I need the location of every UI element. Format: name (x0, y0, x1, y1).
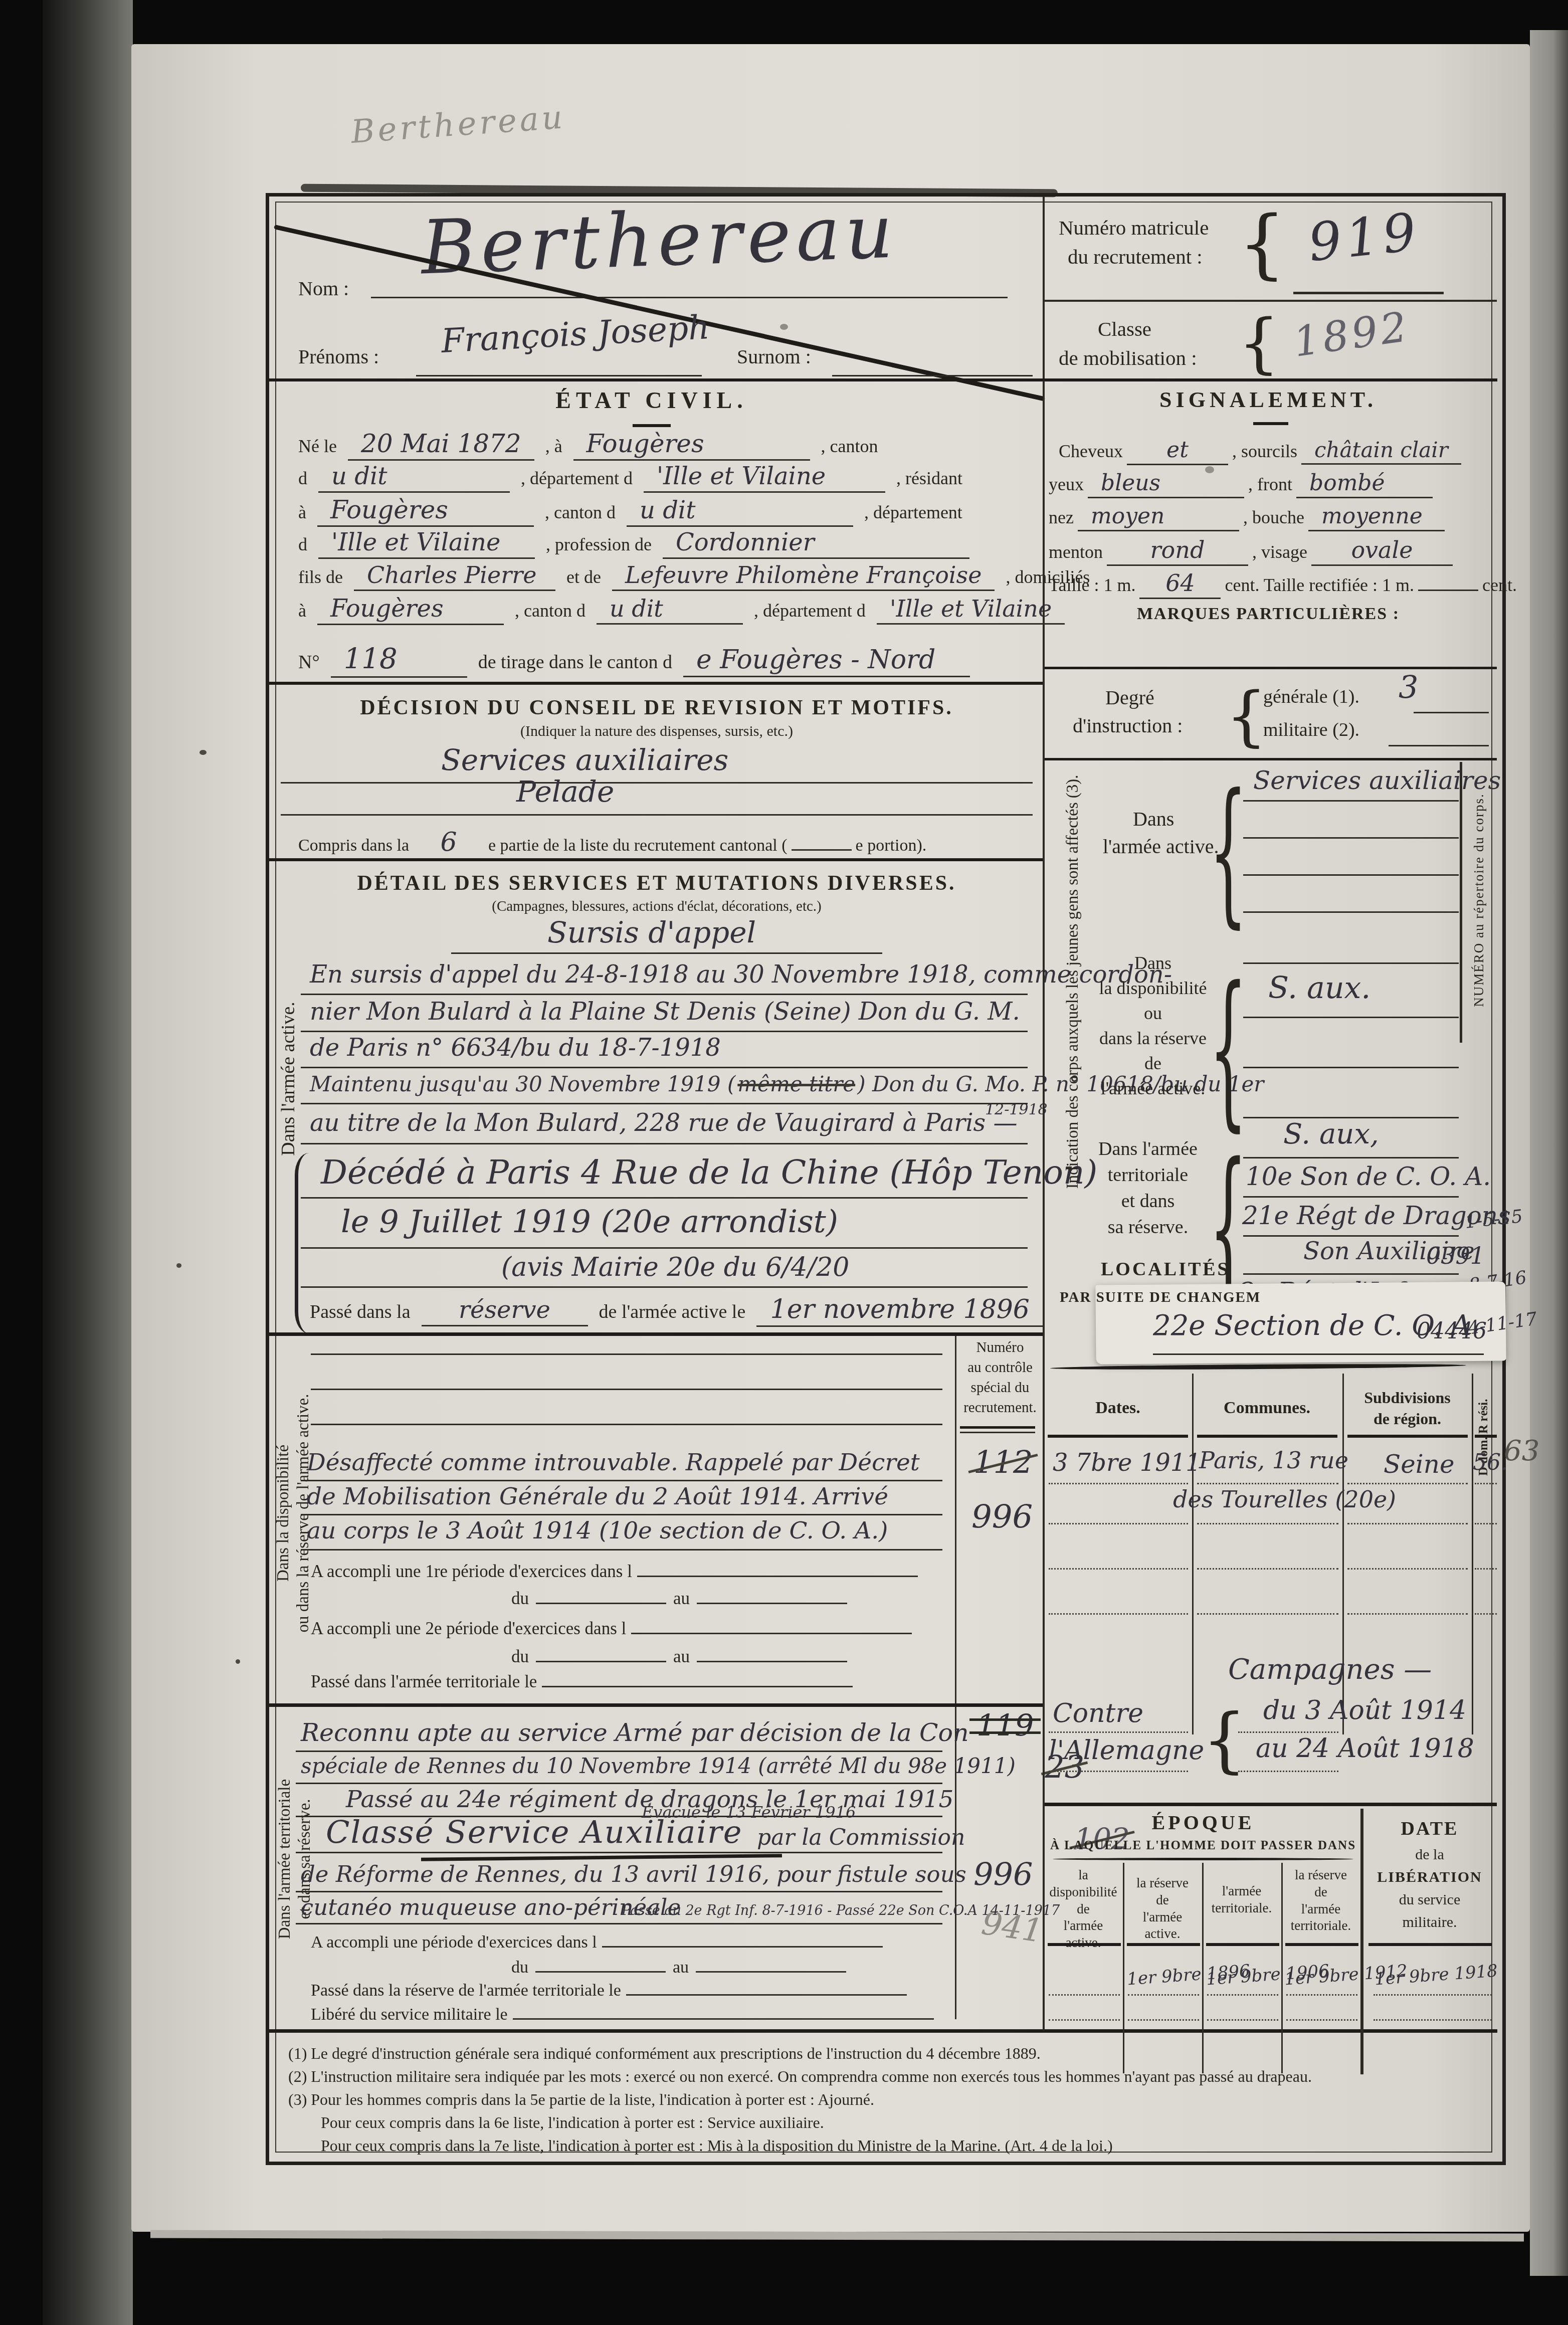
ec-line-2: d u dit , département d 'Ille et Vilaine… (298, 462, 962, 493)
ep-row-rule (1374, 1994, 1492, 1996)
du-label: du (511, 1958, 528, 1977)
etat-civil-dash (633, 424, 671, 427)
empty-rule (311, 1353, 942, 1355)
loc-row-rule (1475, 1523, 1497, 1524)
au-label: au (673, 1589, 690, 1609)
corps-dispo-value: S. aux. (1268, 971, 1370, 1006)
loc-row-rule (1197, 1483, 1338, 1484)
terr-p1: Reconnu apte au service Armé par décisio… (301, 1718, 969, 1747)
libere-line: Libéré du service militaire le (311, 2001, 934, 2024)
p-rule (301, 1247, 1028, 1249)
compris-value: 6 (413, 827, 484, 860)
visage-value: ovale (1311, 536, 1453, 566)
terr-periode-dates: du au (511, 1954, 846, 1977)
ep-hdr-rule (1048, 1943, 1121, 1946)
ep-col1-line: disponibilité (1050, 1884, 1117, 1899)
bouche-value: moyenne (1308, 503, 1445, 531)
ec-print: d (298, 534, 307, 555)
date-blank (536, 1585, 666, 1604)
sourcils-value: châtain clair (1301, 438, 1461, 465)
terr-p4: Classé Service Auxiliaire (326, 1814, 742, 1850)
loc-commune-value-1: Paris, 13 rue (1199, 1447, 1348, 1474)
ep-col4-line: la réserve (1295, 1867, 1347, 1882)
ec-print: , canton d (515, 600, 585, 621)
sig-row-cheveux: Cheveux et , sourcils châtain clair (1059, 437, 1461, 465)
ep-date-line: de la (1415, 1846, 1444, 1863)
ec-line-4: d 'Ille et Vilaine , profession de Cordo… (298, 528, 969, 559)
ink-speck (236, 1659, 240, 1664)
ep-hdr-rule (1206, 1943, 1279, 1946)
ep-col2-line: la réserve (1136, 1875, 1189, 1890)
margin-num-119: 119 (976, 1708, 1034, 1743)
corps-dispo-label-1: Dans (1078, 952, 1228, 974)
terr-p6-note: Passé au 2e Rgt Inf. 8-7-1916 - Passé 22… (622, 1903, 1060, 1918)
ep-col3-line: l'armée (1222, 1883, 1261, 1898)
du-label: du (511, 1647, 529, 1667)
bottom-section-rule (269, 2029, 1497, 2033)
classe-label2: de mobilisation : (1059, 346, 1197, 370)
du-label: du (511, 1589, 529, 1609)
passe-print: de l'armée active le (599, 1301, 746, 1323)
terr-periode-line: A accompli une période d'exercices dans … (311, 1929, 883, 1952)
margin-label-disponibilite: Dans la disponibilité (274, 1338, 293, 1689)
libere-label: Libéré du service militaire le (311, 2005, 508, 2024)
loc-hdr-rule (1347, 1435, 1468, 1438)
section-rule (269, 1332, 1043, 1336)
p-rule (301, 994, 1028, 995)
ink-speck (200, 750, 207, 755)
corps-rule (1243, 1157, 1459, 1158)
ep-row-rule (1286, 1994, 1357, 1996)
loc-row-rule (1347, 1568, 1468, 1570)
ep-row-rule (1374, 2019, 1492, 2021)
ep-row-rule (1128, 2019, 1199, 2021)
corps-rule (1243, 911, 1459, 913)
ep-col3-line: territoriale. (1212, 1900, 1272, 1915)
p-rule (301, 1143, 1028, 1144)
corps-rule (1243, 837, 1459, 839)
ec-print: , canton (821, 436, 878, 457)
loc-header-dates: Dates. (1048, 1399, 1188, 1418)
taille-rectifiee-label: cent. Taille rectifiée : 1 m. (1225, 574, 1414, 596)
loc-row-rule (1197, 1523, 1338, 1524)
corps-terr-label-1: Dans l'armée (1068, 1138, 1228, 1160)
ec-value: u dit (318, 462, 510, 493)
ep-hdr-rule (1127, 1943, 1200, 1946)
corps-rule (1243, 1067, 1459, 1068)
sursis-heading: Sursis d'appel (451, 915, 852, 949)
corps-active-label-1: Dans (1133, 807, 1174, 831)
loc-row-rule (1049, 1613, 1188, 1615)
date-blank (697, 1643, 847, 1662)
loc-col-line (1192, 1374, 1194, 1734)
loc-row-rule (1197, 1613, 1338, 1615)
camp-rule (1049, 1731, 1188, 1733)
periode2-label: A accompli une 2e période d'exercices da… (311, 1619, 626, 1639)
passe-territoriale-line: Passé dans l'armée territoriale le (311, 1668, 853, 1692)
ep-col1-line: la (1078, 1867, 1088, 1882)
passe-print: Passé dans la (310, 1301, 411, 1323)
ec-print: à (298, 600, 306, 621)
cheveux-value: et (1127, 437, 1228, 465)
ec-print: de tirage dans le canton d (478, 651, 672, 673)
terr-periode-blank (602, 1929, 883, 1948)
ep-row-rule (1128, 1994, 1199, 1996)
ep-date-line: LIBÉRATION (1377, 1869, 1482, 1885)
loc-hdr-rule (1475, 1435, 1497, 1438)
degre-label-1: Degré (1105, 686, 1154, 709)
services-p4-struck: même titre (737, 1072, 855, 1096)
ep-row-rule (1286, 2019, 1357, 2021)
corps-rule (1153, 1353, 1484, 1355)
ep-hdr-rule (1368, 1943, 1492, 1946)
sig-row-menton: menton rond , visage ovale (1049, 536, 1453, 566)
corps-active-value: Services auxiliaires (1253, 766, 1501, 795)
section-rule (269, 1703, 1043, 1707)
corps-dispo-label-3: ou (1078, 1003, 1228, 1024)
date-blank (697, 1585, 847, 1604)
services-subtitle: (Campagnes, blessures, actions d'éclat, … (311, 898, 1003, 915)
p-rule (301, 1031, 1028, 1032)
degre-generale-rule (1414, 712, 1489, 713)
yeux-label: yeux (1049, 474, 1084, 495)
controle-header-3: spécial du (957, 1380, 1043, 1396)
ep-hdr-rule (1285, 1943, 1358, 1946)
ep-row-rule (1049, 1994, 1120, 1996)
section-rule (269, 858, 1043, 861)
deces-line-2: le 9 Juillet 1919 (20e arrondist) (341, 1203, 838, 1240)
corps-terr-row-2: 10e Son de C. O. A. (1246, 1162, 1491, 1191)
ec-line-5: fils de Charles Pierre et de Lefeuvre Ph… (298, 561, 1090, 591)
p-rule (301, 1197, 1028, 1199)
ec-value: u dit (597, 595, 743, 625)
corps-rule (1243, 962, 1459, 964)
empty-rule (311, 1389, 942, 1390)
passe-territoriale-label: Passé dans l'armée territoriale le (311, 1672, 537, 1692)
corps-terr-label-4: sa réserve. (1068, 1216, 1228, 1238)
sourcils-label: , sourcils (1232, 441, 1297, 462)
controle-header-1: Numéro (957, 1339, 1043, 1356)
signalement-dash (1253, 422, 1288, 425)
front-label: , front (1248, 474, 1292, 495)
p-rule (296, 1751, 942, 1752)
p-rule (301, 1514, 942, 1515)
ep-date-line: DATE (1401, 1818, 1459, 1839)
matricule-label2: du recrutement : (1068, 245, 1203, 269)
localites-bottom-rule (1045, 1803, 1497, 1806)
sursis-rule (451, 952, 882, 954)
decision-rule-2 (281, 814, 1033, 816)
margin-num-996b: 996 (973, 1856, 1033, 1892)
ec-value: Cordonnier (663, 528, 969, 559)
ec-print: , canton d (545, 502, 616, 523)
menton-label: menton (1049, 541, 1103, 562)
p-rule (296, 1923, 942, 1924)
corps-dispo-brace: { (1209, 952, 1247, 1147)
footnote-4: Pour ceux compris dans la 6e liste, l'in… (321, 2113, 824, 2132)
au-label: au (673, 1958, 689, 1977)
ec-value: 20 Mai 1872 (348, 429, 534, 461)
terr-reserve-blank (626, 1977, 907, 1996)
etat-civil-title: ÉTAT CIVIL. (451, 387, 852, 414)
book-gutter-shadow (43, 0, 133, 2325)
ec-value: 'Ille et Vilaine (877, 595, 1065, 625)
decision-subtitle: (Indiquer la nature des dispenses, sursi… (311, 723, 1003, 740)
periode2-line: A accompli une 2e période d'exercices da… (311, 1615, 912, 1639)
ep-col4-line: l'armée (1301, 1901, 1340, 1916)
ep-col2-line: de (1156, 1892, 1168, 1907)
scanned-military-register-page: Berthereau Nom : Berthereau Prénoms : Fr… (0, 0, 1568, 2325)
corps-rule (1243, 1017, 1459, 1018)
ep-row-rule (1207, 1994, 1278, 1996)
services-p3: de Paris n° 6634/bu du 18-7-1918 (310, 1034, 721, 1062)
corps-terr-label-3: et dans (1068, 1190, 1228, 1212)
marques-label: MARQUES PARTICULIÈRES : (1093, 605, 1444, 624)
surnom-rule (832, 375, 1033, 376)
ec-print: d (298, 468, 307, 489)
localites-subtitle: PAR SUITE DE CHANGEM (1060, 1289, 1261, 1306)
header-divider (1043, 197, 1045, 379)
loc-row-rule (1049, 1568, 1188, 1570)
p-rule (301, 1103, 1028, 1104)
name-band-bottom-rule (269, 378, 1497, 381)
corps-dispo-label-4: dans la réserve (1078, 1028, 1228, 1049)
page-edge-right (1530, 30, 1568, 2276)
camp-rule (1049, 1771, 1188, 1772)
periode1-line: A accompli une 1re période d'exercices d… (311, 1558, 918, 1582)
corps-terr-row-1: S. aux, (1283, 1118, 1379, 1150)
ec-print: à (298, 502, 306, 523)
decision-entry-1: Services auxiliaires (441, 743, 728, 777)
passe-value: 1er novembre 1896 (756, 1294, 1043, 1327)
ep-col2-header: la réserve de l'armée active. (1125, 1875, 1200, 1943)
controle-num-996: 996 (971, 1499, 1033, 1536)
loc-row-rule (1347, 1483, 1468, 1484)
decision-rule-1 (281, 782, 1033, 784)
corps-dispo-label-5: de (1078, 1053, 1228, 1074)
campagnes-allemagne: l'Allemagne (1049, 1735, 1204, 1766)
controle-header-4: recrutement. (957, 1400, 1043, 1416)
classe-label: Classe (1098, 317, 1151, 341)
nom-label: Nom : (298, 277, 349, 300)
sig-bottom-rule (1045, 667, 1497, 669)
loc-dr-value: 56. (1473, 1450, 1508, 1475)
ec-line-1: Né le 20 Mai 1872 , à Fougères , canton (298, 429, 878, 461)
matricule-brace: { (1238, 201, 1286, 288)
degre-label-2: d'instruction : (1073, 714, 1183, 737)
yeux-value: bleus (1088, 470, 1244, 498)
periode2-dates: du au (511, 1643, 847, 1667)
ec-value: Lefeuvre Philomène Françoise (612, 561, 995, 591)
campagnes-contre: Contre (1053, 1698, 1143, 1728)
ec-line-6: à Fougères , canton d u dit , départemen… (298, 595, 1065, 625)
p-rule (301, 1549, 942, 1551)
ec-print: , à (545, 436, 562, 457)
controle-num-112: 112 (973, 1444, 1033, 1480)
loc-row-rule (1475, 1483, 1497, 1484)
taille-value: 64 (1139, 569, 1221, 599)
corps-rule (1243, 800, 1459, 802)
ec-print: , département (864, 502, 962, 523)
date-blank (696, 1954, 846, 1973)
loc-col-line (1472, 1374, 1473, 1734)
repertoire-divider (1460, 762, 1462, 1043)
nom-rule (371, 297, 1008, 298)
menton-value: rond (1107, 536, 1248, 566)
campagnes-du: du 3 Août 1914 (1263, 1695, 1466, 1725)
passe-territoriale-blank (542, 1668, 853, 1687)
loc-row-rule (1475, 1613, 1497, 1615)
ec-print: et de (566, 566, 601, 588)
ec-value: Charles Pierre (354, 561, 555, 591)
loc-subdivision-value: Seine (1384, 1450, 1455, 1479)
ec-line-tirage: N° 118 de tirage dans le canton d e Foug… (298, 643, 970, 678)
terr-p2: spéciale de Rennes du 10 Novembre 1914 (… (301, 1754, 1016, 1778)
loc-row-rule (1475, 1568, 1497, 1570)
nez-value: moyen (1078, 503, 1239, 531)
controle-header-2: au contrôle (957, 1360, 1043, 1376)
camp-rule (1238, 1731, 1338, 1733)
ink-speck (176, 1263, 181, 1268)
deces-line-1: Décédé à Paris 4 Rue de la Chine (Hôp Te… (321, 1153, 1097, 1192)
visage-label: , visage (1252, 541, 1307, 562)
corps-terr-label-2: territoriale (1068, 1164, 1228, 1186)
camp-rule (1238, 1771, 1338, 1772)
services-p2: nier Mon Bulard à la Plaine St Denis (Se… (310, 998, 1020, 1026)
footnote-3: (3) Pour les hommes compris dans la 5e p… (288, 2090, 874, 2109)
ec-print: , département d (521, 468, 633, 489)
ec-print: , profession de (546, 534, 652, 555)
passe-value: réserve (422, 1296, 588, 1326)
corps-rule (1243, 1273, 1459, 1275)
loc-hdr-rule (1197, 1435, 1337, 1438)
matricule-value: 919 (1305, 201, 1423, 274)
ep-date-header: DATE de la LIBÉRATION du service militai… (1365, 1815, 1494, 1933)
dispo-p2: de Mobilisation Générale du 2 Août 1914.… (307, 1483, 888, 1510)
empty-rule (311, 1424, 942, 1425)
loc-date-value: 3 7bre 1911 (1053, 1449, 1201, 1477)
p-rule (301, 1067, 1028, 1068)
ep-col2-line: l'armée active. (1143, 1909, 1182, 1942)
loc-row-rule (1049, 1483, 1188, 1484)
footnote-5: Pour ceux compris dans la 7e liste, l'in… (321, 2137, 1113, 2155)
epoque-subtitle: À LAQUELLE L'HOMME DOIT PASSER DANS (1048, 1839, 1358, 1853)
ep-col4-line: territoriale. (1291, 1918, 1351, 1933)
footnote-2: (2) L'instruction militaire sera indiqué… (288, 2067, 1312, 2086)
deces-line-3: (avis Mairie 20e du 6/4/20 (501, 1252, 849, 1282)
ec-value: Fougères (573, 429, 810, 461)
campagnes-heading: Campagnes — (1228, 1653, 1432, 1686)
p-rule (296, 1891, 942, 1892)
compris-print: e portion). (856, 836, 927, 855)
campagnes-au: au 24 Août 1918 (1256, 1733, 1474, 1764)
signalement-title: SIGNALEMENT. (1093, 387, 1444, 413)
corps-terr-row-4-num: 0391 (1426, 1242, 1485, 1269)
ec-value: e Fougères - Nord (683, 645, 970, 677)
ep-row-rule (1207, 2019, 1278, 2021)
controle-header-rule2 (960, 1432, 1035, 1433)
libere-blank (513, 2001, 934, 2020)
dispo-p1: Désaffecté comme introuvable. Rappelé pa… (307, 1449, 920, 1476)
ep-date-line: militaire. (1402, 1914, 1457, 1930)
ec-value: 118 (331, 643, 467, 678)
ec-value: Fougères (317, 595, 504, 625)
degre-brace: { (1226, 678, 1267, 754)
terr-p5: de Réforme de Rennes, du 13 avril 1916, … (301, 1861, 966, 1887)
degre-generale-value: 3 (1399, 669, 1418, 705)
loc-header-subdiv-1: Subdivisions (1346, 1389, 1469, 1407)
cheveux-label: Cheveux (1059, 441, 1123, 462)
terr-p4b: par la Commission (757, 1825, 965, 1850)
loc-commune-value-2: des Tourelles (20e) (1173, 1486, 1396, 1513)
section-rule (269, 682, 1043, 685)
decision-entry-2: Pelade (516, 774, 614, 809)
ec-value: 'Ille et Vilaine (644, 462, 885, 493)
corps-rule (1243, 1196, 1459, 1198)
degre-generale-label: générale (1). (1263, 686, 1359, 708)
terr-periode-label: A accompli une période d'exercices dans … (311, 1933, 597, 1952)
ec-value: Fougères (317, 495, 534, 527)
loc-header-subdiv-2: de région. (1346, 1410, 1469, 1428)
ec-value: 'Ille et Vilaine (318, 528, 535, 559)
ec-print: Né le (298, 436, 337, 457)
compris-blank (792, 832, 852, 851)
ep-date-line: du service (1399, 1891, 1460, 1908)
compris-print: Compris dans la (298, 836, 409, 855)
loc-row-rule (1347, 1523, 1468, 1524)
decision-title: DÉCISION DU CONSEIL DE REVISION ET MOTIF… (311, 696, 1003, 720)
services-p4a: Maintenu jusqu'au 30 Novembre 1919 ( (310, 1072, 735, 1096)
footnote-1: (1) Le degré d'instruction générale sera… (288, 2044, 1041, 2063)
ep-col1-header: la disponibilité de l'armée active. (1046, 1867, 1121, 1952)
sig-row-nez: nez moyen , bouche moyenne (1049, 503, 1445, 531)
nez-label: nez (1049, 507, 1074, 528)
ep-row-rule (1049, 2019, 1120, 2021)
ep-col3-header: l'armée territoriale. (1204, 1883, 1279, 1917)
sig-row-yeux: yeux bleus , front bombé (1049, 470, 1433, 498)
margin-label-armee-active: Dans l'armée active. (277, 928, 299, 1229)
terr-reserve-label: Passé dans la réserve de l'armée territo… (311, 1981, 621, 2000)
ec-line-3: à Fougères , canton d u dit , départemen… (298, 495, 962, 527)
taille-label: Taille : 1 m. (1049, 574, 1135, 596)
compris-print: e partie de la liste du recrutement cant… (488, 836, 788, 855)
ep-col4-line: de (1314, 1884, 1327, 1899)
page-edge-number: 63 (1504, 1435, 1539, 1467)
front-value: bombé (1296, 470, 1433, 498)
p-rule (296, 1783, 942, 1784)
p-rule (296, 1852, 942, 1853)
taille-rect-blank (1418, 571, 1478, 591)
surnom-label: Surnom : (737, 345, 811, 368)
periode2-blank (631, 1615, 912, 1634)
ec-print: N° (298, 651, 320, 673)
services-title: DÉTAIL DES SERVICES ET MUTATIONS DIVERSE… (311, 871, 1003, 895)
p-rule (301, 1480, 942, 1481)
p-rule (301, 1286, 1028, 1288)
margin-label-disponibilite-2: ou dans la réserve de l'armée active. (294, 1338, 313, 1689)
dispo-p3: au corps le 3 Août 1914 (10e section de … (307, 1517, 888, 1544)
ec-value: u dit (627, 496, 853, 527)
ep-col1-line: de (1077, 1901, 1089, 1916)
degre-militaire-label: militaire (2). (1263, 719, 1359, 741)
loc-hdr-rule (1048, 1435, 1188, 1438)
corps-active-brace: { (1209, 762, 1247, 943)
periode1-blank (637, 1558, 918, 1577)
ep-col-line (1123, 1863, 1124, 2073)
passe-reserve-line: Passé dans la réserve de l'armée active … (310, 1294, 1043, 1327)
ep-col4-header: la réserve de l'armée territoriale. (1283, 1867, 1358, 1934)
main-column-divider (1043, 381, 1045, 2030)
